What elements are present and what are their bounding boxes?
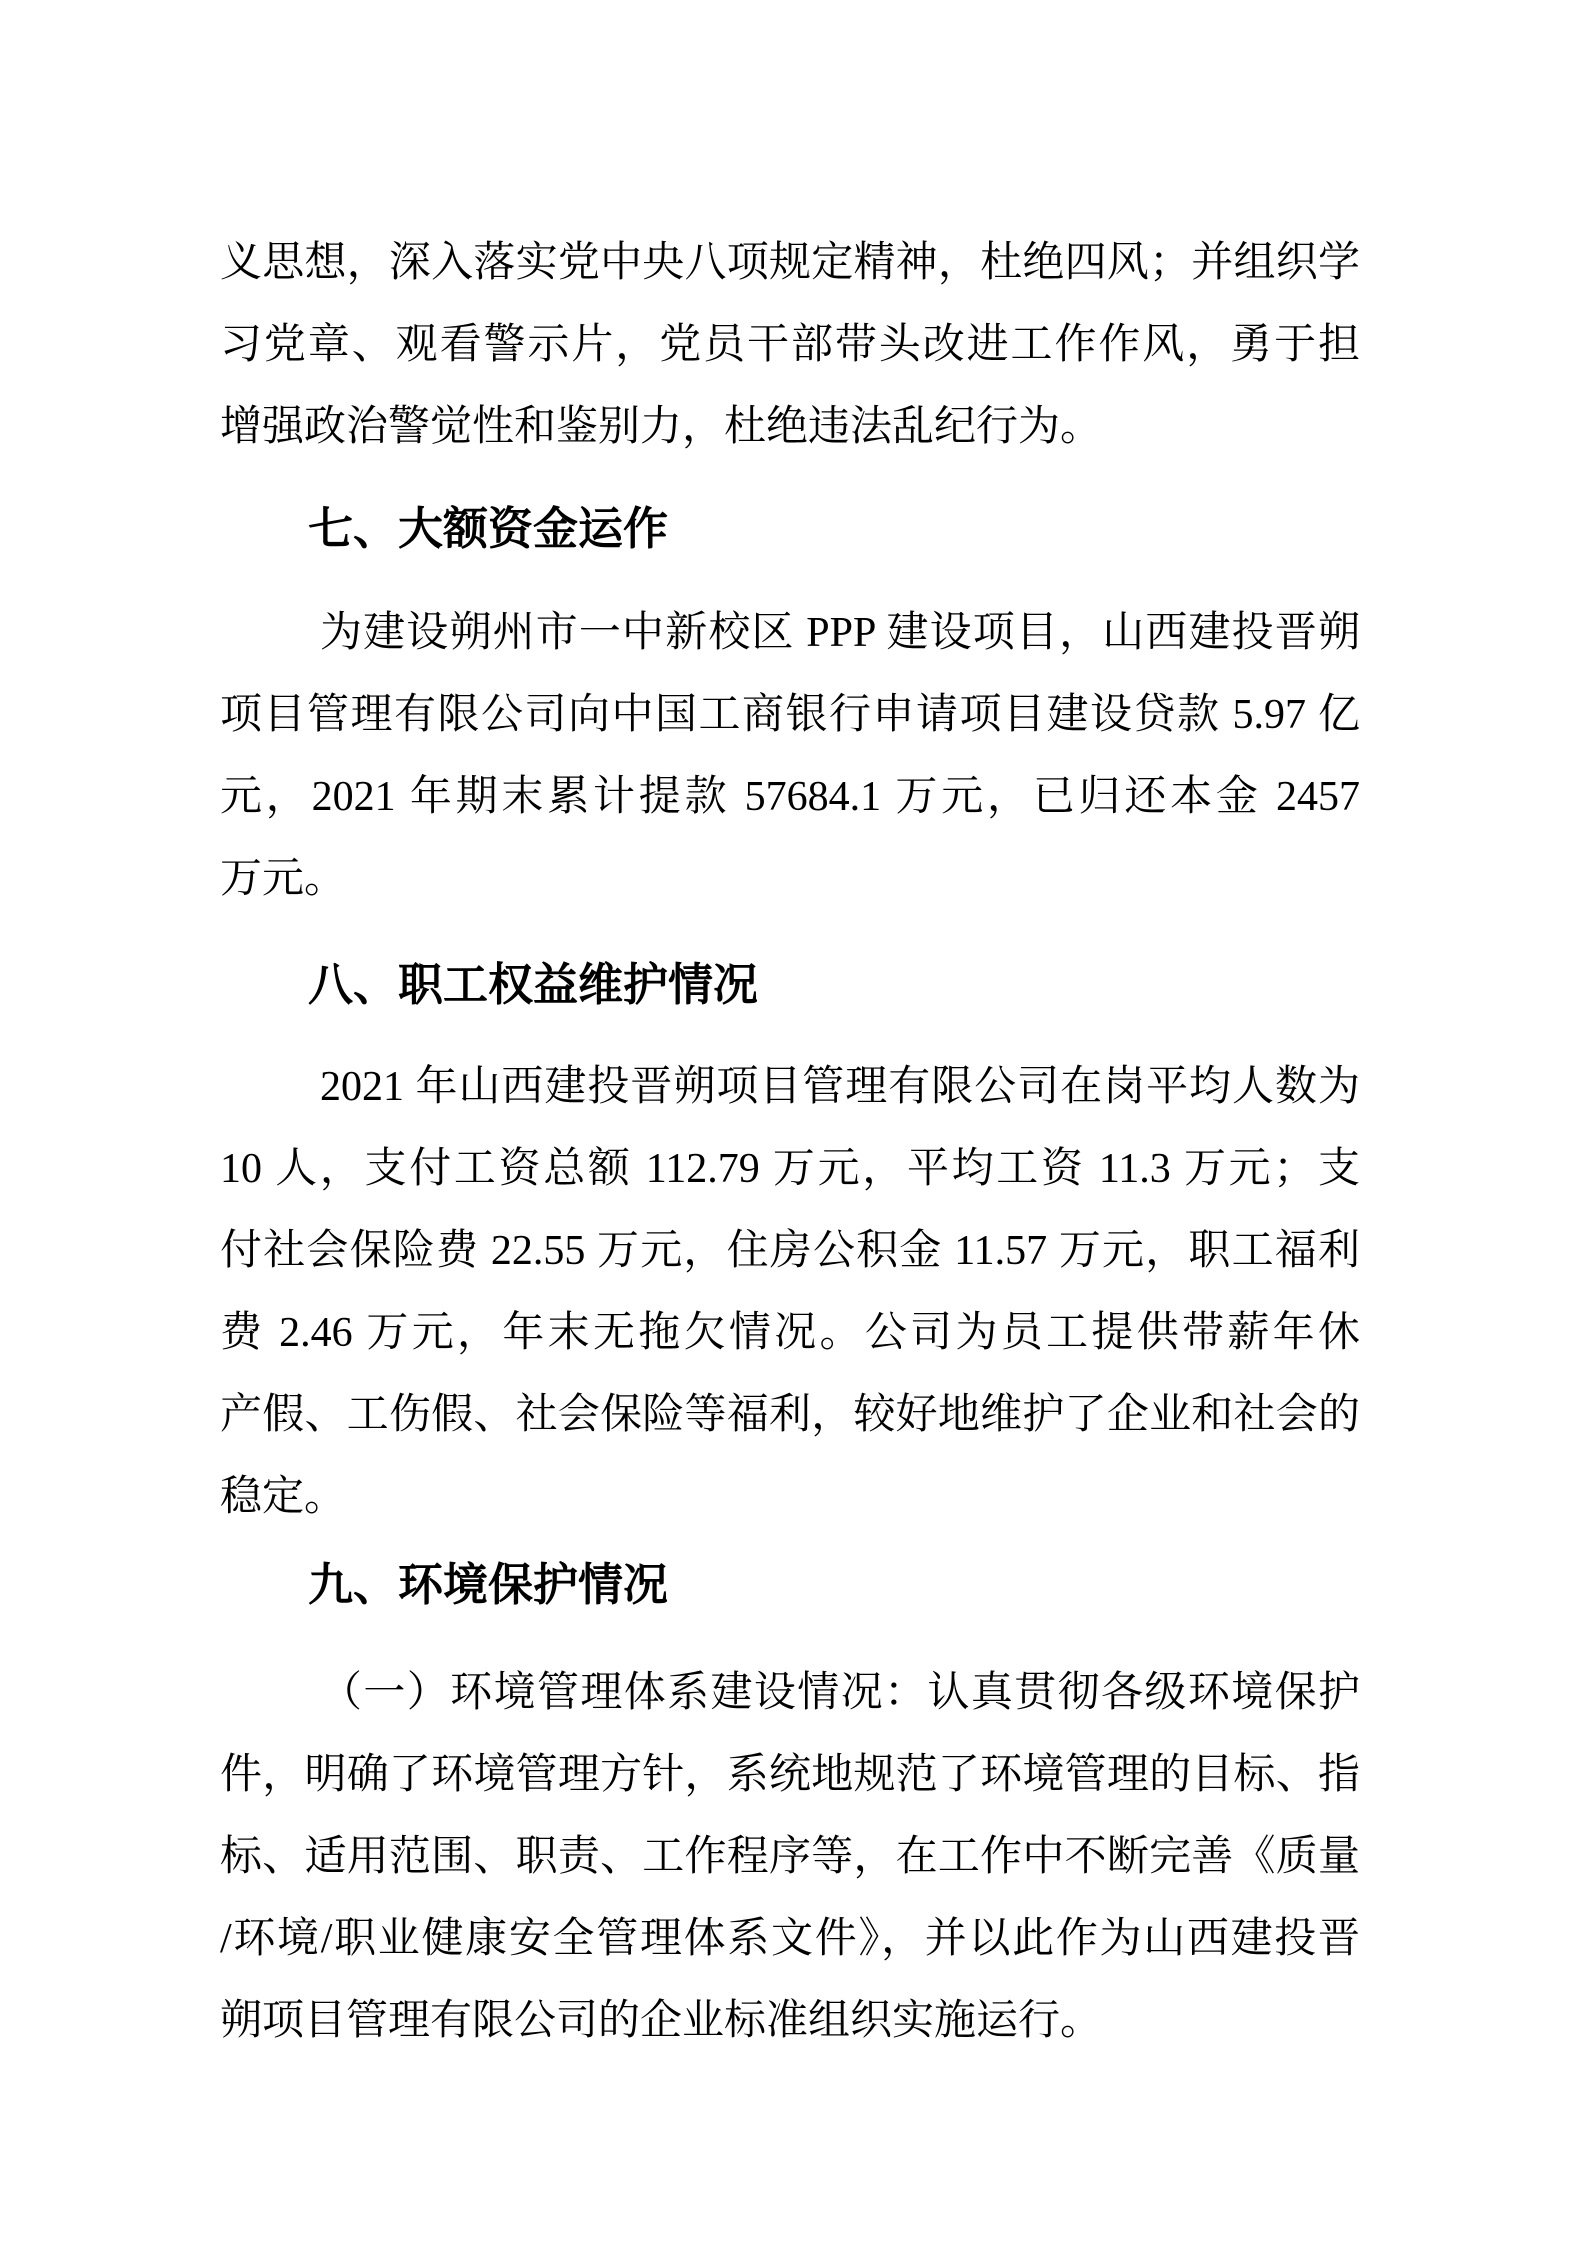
body-line: 产假、工伤假、社会保险等福利，较好地维护了企业和社会的: [220, 1374, 1360, 1456]
page-content: 义思想，深入落实党中央八项规定精神，杜绝四风；并组织学 习党章、观看警示片，党员…: [0, 0, 1587, 2062]
body-line: 为建设朔州市一中新校区 PPP 建设项目，山西建投晋朔: [220, 592, 1360, 674]
body-line: 增强政治警觉性和鉴别力，杜绝违法乱纪行为。: [220, 386, 1360, 468]
body-line: 项目管理有限公司向中国工商银行申请项目建设贷款 5.97 亿: [220, 674, 1360, 756]
body-line: 万元。: [220, 838, 1360, 920]
body-line: 10 人，支付工资总额 112.79 万元，平均工资 11.3 万元；支: [220, 1128, 1360, 1210]
body-line: 义思想，深入落实党中央八项规定精神，杜绝四风；并组织学: [220, 222, 1360, 304]
document-page: 义思想，深入落实党中央八项规定精神，杜绝四风；并组织学 习党章、观看警示片，党员…: [0, 0, 1587, 2245]
body-line: 习党章、观看警示片，党员干部带头改进工作作风，勇于担当，: [220, 304, 1360, 386]
body-line: 朔项目管理有限公司的企业标准组织实施运行。: [220, 1980, 1360, 2062]
body-line: 标、适用范围、职责、工作程序等，在工作中不断完善《质量: [220, 1816, 1360, 1898]
paragraph-environment: （一）环境管理体系建设情况：认真贯彻各级环境保护文 件，明确了环境管理方针，系统…: [220, 1652, 1360, 2062]
paragraph-continuation: 义思想，深入落实党中央八项规定精神，杜绝四风；并组织学 习党章、观看警示片，党员…: [220, 222, 1360, 468]
body-line: 件，明确了环境管理方针，系统地规范了环境管理的目标、指: [220, 1734, 1360, 1816]
body-line: 付社会保险费 22.55 万元，住房公积金 11.57 万元，职工福利: [220, 1210, 1360, 1292]
body-line: 稳定。: [220, 1456, 1360, 1538]
paragraph-large-funds: 为建设朔州市一中新校区 PPP 建设项目，山西建投晋朔 项目管理有限公司向中国工…: [220, 592, 1360, 920]
paragraph-employee-rights: 2021 年山西建投晋朔项目管理有限公司在岗平均人数为 10 人，支付工资总额 …: [220, 1046, 1360, 1538]
body-line: （一）环境管理体系建设情况：认真贯彻各级环境保护文: [220, 1652, 1360, 1734]
body-line: 2021 年山西建投晋朔项目管理有限公司在岗平均人数为: [220, 1046, 1360, 1128]
body-line: /环境/职业健康安全管理体系文件》，并以此作为山西建投晋: [220, 1898, 1360, 1980]
body-line: 费 2.46 万元，年末无拖欠情况。公司为员工提供带薪年休假、: [220, 1292, 1360, 1374]
section-heading-large-funds: 七、大额资金运作: [220, 488, 1360, 570]
section-heading-employee-rights: 八、职工权益维护情况: [220, 944, 1360, 1026]
body-line: 元，2021 年期末累计提款 57684.1 万元，已归还本金 2457: [220, 756, 1360, 838]
section-heading-environment: 九、环境保护情况: [220, 1544, 1360, 1626]
